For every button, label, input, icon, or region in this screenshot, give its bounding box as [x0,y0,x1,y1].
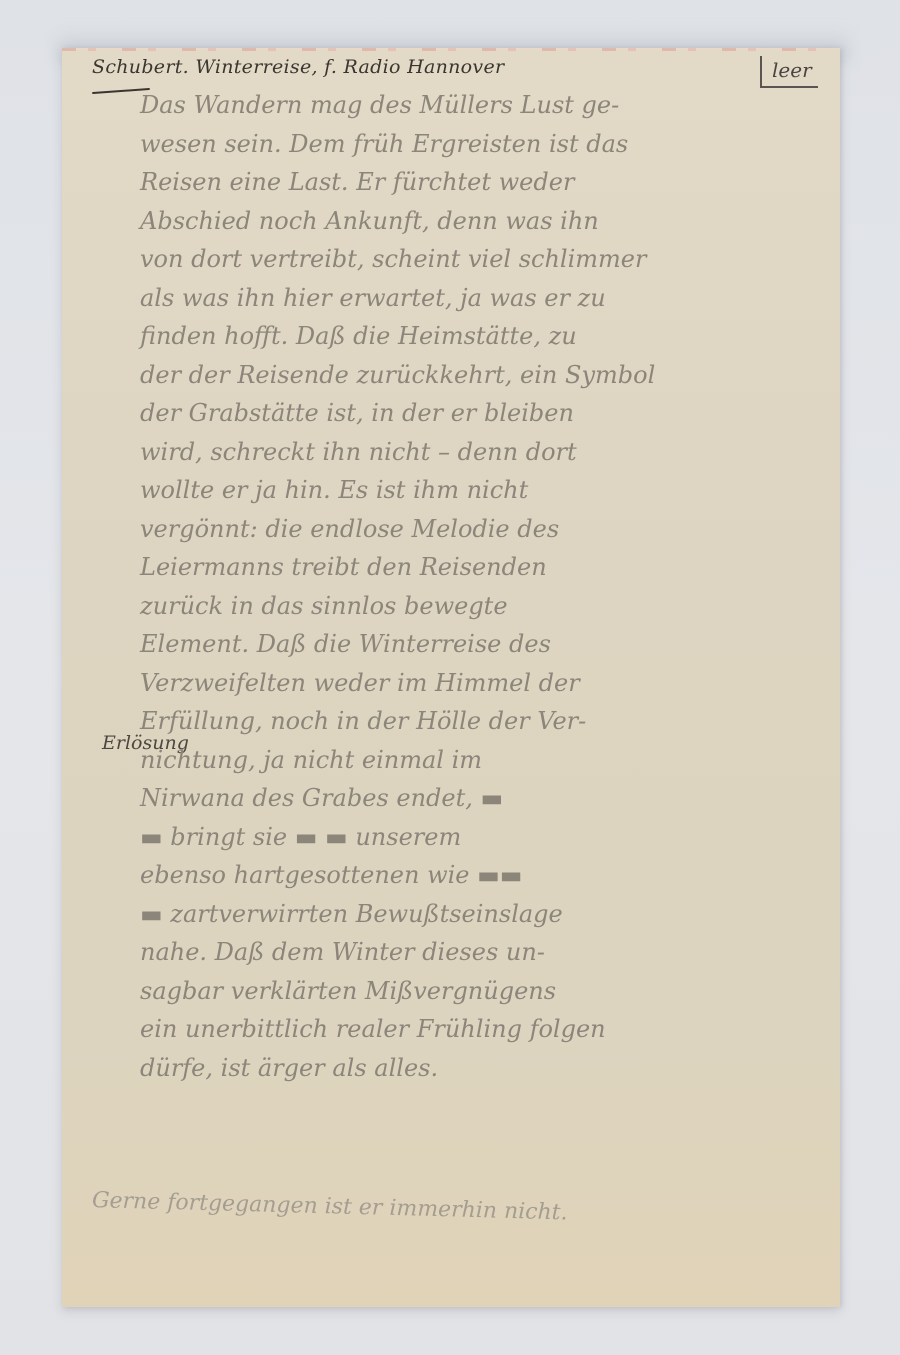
text-line: ein unerbittlich realer Frühling folgen [140,1010,820,1049]
text-line: sagbar verklärten Mißvergnügens [140,972,820,1011]
text-line: nahe. Daß dem Winter dieses un- [140,933,820,972]
text-line: ▬ zartverwirrten Bewußtseinslage [140,895,820,934]
text-line: dürfe, ist ärger als alles. [140,1049,820,1088]
torn-paper-edge [62,48,840,51]
text-line: Verzweifelten weder im Himmel der [140,664,820,703]
text-line: ebenso hartgesottenen wie ▬▬ [140,856,820,895]
text-line: wird, schreckt ihn nicht – denn dort [140,433,820,472]
text-line: Abschied noch Ankunft, denn was ihn [140,202,820,241]
text-line: ▬ bringt sie ▬ ▬ unserem [140,818,820,857]
text-line: als was ihn hier erwartet, ja was er zu [140,279,820,318]
manuscript-body: Das Wandern mag des Müllers Lust ge- wes… [140,86,820,1087]
text-line: Reisen eine Last. Er fürchtet weder [140,163,820,202]
text-line: Erfüllung, noch in der Hölle der Ver- [140,702,820,741]
text-line: nichtung, ja nicht einmal im [140,741,820,780]
manuscript-header-title: Schubert. Winterreise, f. Radio Hannover [92,56,504,78]
text-line: finden hofft. Daß die Heimstätte, zu [140,317,820,356]
text-line: wollte er ja hin. Es ist ihm nicht [140,471,820,510]
text-line: Nirwana des Grabes endet, ▬ [140,779,820,818]
text-line: vergönnt: die endlose Melodie des [140,510,820,549]
text-line: zurück in das sinnlos bewegte [140,587,820,626]
text-line: von dort vertreibt, scheint viel schlimm… [140,240,820,279]
text-line: der der Reisende zurückkehrt, ein Symbol [140,356,820,395]
page-mark: leer [760,56,818,88]
closing-sentence: Gerne fortgegangen ist er immerhin nicht… [92,1188,568,1225]
text-line: wesen sein. Dem früh Ergreisten ist das [140,125,820,164]
manuscript-page: Schubert. Winterreise, f. Radio Hannover… [62,48,840,1307]
text-line: Leiermanns treibt den Reisenden [140,548,820,587]
text-line: Element. Daß die Winterreise des [140,625,820,664]
text-line: Das Wandern mag des Müllers Lust ge- [140,86,820,125]
text-line: der Grabstätte ist, in der er bleiben [140,394,820,433]
